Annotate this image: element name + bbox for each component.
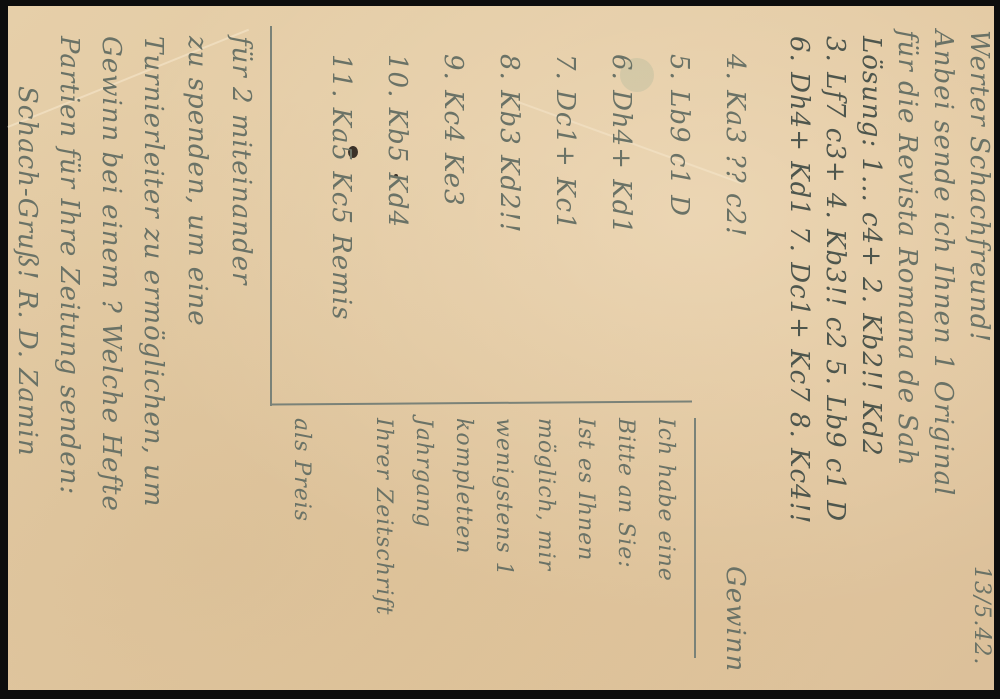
move-7: 7. Dc1+ Kc1 [550,54,580,231]
move-8: 8. Kb3 Kd2!! [494,54,524,233]
note-line-8: Ihrer Zeitschrift [371,418,396,615]
note-line-6: kompletten [451,418,476,554]
move-6: 6. Dh4+ Kd1 [606,54,636,235]
note-line-4: möglich, mir [533,418,558,571]
moves-signoff: Gewinn [720,566,750,672]
note-line-5: wenigstens 1 [491,418,516,577]
postcard: Werter Schachfreund! 13/5.42. Anbei send… [8,6,994,690]
header-line-3: für die Revista Romana de Sah [892,30,922,466]
move-10: 10. Kb5 Kd4 [382,54,412,228]
note-line-9: als Preis [289,418,314,522]
date: 13/5.42. [969,566,994,665]
header-line-2: Anbei sende ich Ihnen 1 Original [928,30,958,496]
move-4: 4. Ka3 ?? c2! [720,54,750,238]
divider-horizontal [272,401,692,406]
letter-line-2: zu spenden, um eine [182,36,212,327]
move-11: 11. Ka5 Kc5 Remis [326,54,356,320]
header-line-1: Werter Schachfreund! [964,30,994,343]
letter-line-1: für 2 miteinander [226,36,256,285]
move-9: 9. Kc4 Ke3 [438,54,468,207]
note-line-1: Ich habe eine [653,418,678,582]
note-line-7: Jahrgang [411,418,436,528]
letter-line-3: Turnierleiter zu ermöglichen, um [138,36,168,507]
header-line-6: 6. Dh4+ Kd1 7. Dc1+ Kc7 8. Kc4!! [784,36,814,525]
header-line-5: 3. Lf7 c3+ 4. Kb3!! c2 5. Lb9 c1 D [820,36,850,522]
divider-vertical-right [694,418,696,658]
letter-line-5: Partien für Ihre Zeitung senden: [54,36,84,495]
note-line-3: Ist es Ihnen [573,418,598,561]
signature: Schach-Gruß! R. D. Zamin [12,86,42,457]
move-5: 5. Lb9 c1 D [664,54,694,217]
letter-line-4: Gewinn bei einem ? Welche Hefte [96,36,126,512]
header-line-4: Lösung: 1... c4+ 2. Kb2!! Kd2 [856,36,886,457]
note-line-2: Bitte an Sie: [613,418,638,569]
divider-vertical-left [270,26,272,406]
